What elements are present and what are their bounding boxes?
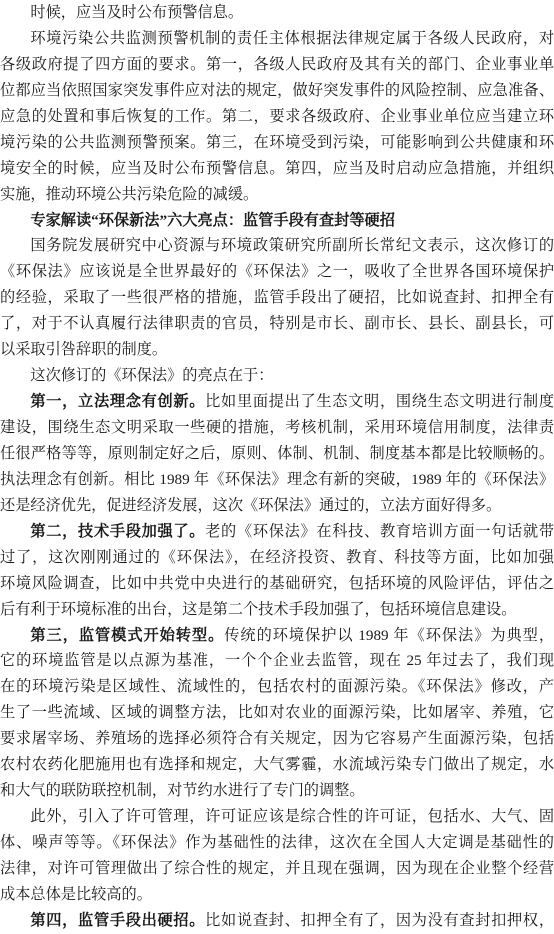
- text-line: 境安全的时候，应当及时公布预警信息。第四，应当及时启动应急措施，并组织: [0, 156, 554, 182]
- text-run: 环境污染公共监测预警机制的责任主体根据法律规定属于各级人民政府，对: [30, 30, 554, 47]
- text-line: 第四，监管手段出硬招。比如说查封、扣押全有了，因为没有查封扣押权，: [0, 908, 554, 934]
- text-line: 应急的处置和事后恢复的工作。第二，要求各级政府、企业事业单位应当建立环: [0, 104, 554, 130]
- text-run: 应急的处置和事后恢复的工作。第二，要求各级政府、企业事业单位应当建立环: [0, 108, 554, 125]
- text-line: 各级政府提了四方面的要求。第一，各级人民政府及其有关的部门、企业事业单: [0, 52, 554, 78]
- text-run: 建设，围绕生态文明采取一些硬的措施，考核机制，采用环境信用制度，法律责: [0, 419, 554, 436]
- text-line: 农村农药化肥施用也有选择和规定，大气雾霾，水流域污染专门做出了规定，水: [0, 752, 554, 778]
- text-line: 过了，这次刚刚通过的《环保法》，在经济投资、教育、科技等方面，比如加强: [0, 545, 554, 571]
- text-line: 生了一些流域、区域的调整方法，比如对农业的面源污染，比如屠宰、养殖，它: [0, 700, 554, 726]
- text-run: 在的环境污染是区域性、流域性的，包括农村的面源污染。《环保法》修改，产: [0, 678, 554, 695]
- text-line: 在的环境污染是区域性、流域性的，包括农村的面源污染。《环保法》修改，产: [0, 674, 554, 700]
- text-run: 农村农药化肥施用也有选择和规定，大气雾霾，水流域污染专门做出了规定，水: [0, 756, 554, 773]
- bold-text-run: 专家解读“环保新法”六大亮点：监管手段有查封等硬招: [30, 212, 395, 229]
- text-run: 后有利于环境标准的出台，这是第二个技术手段加强了，包括环境信息建设。: [0, 601, 516, 618]
- text-line: 还是经济优先，促进经济发展，这次《环保法》通过的，立法方面好得多。: [0, 493, 554, 519]
- bold-text-run: 第三，监管模式开始转型。: [30, 627, 224, 644]
- section-heading: 专家解读“环保新法”六大亮点：监管手段有查封等硬招: [0, 208, 554, 234]
- text-line: 第二，技术手段加强了。老的《环保法》在科技、教育培训方面一句话就带: [0, 519, 554, 545]
- text-run: 实施，推动环境公共污染危险的减缓。: [0, 186, 258, 203]
- text-run: 法律，对许可管理做出了综合性的规定，并且现在强调，因为现在企业整个经营: [0, 860, 554, 877]
- text-run: 老的《环保法》在科技、教育培训方面一句话就带: [205, 523, 554, 540]
- text-line: 《环保法》应该说是全世界最好的《环保法》之一，吸收了全世界各国环境保护: [0, 259, 554, 285]
- text-run: 成本总体是比较高的。: [0, 886, 152, 903]
- bold-text-run: 第四，监管手段出硬招。: [30, 912, 205, 929]
- text-run: 境安全的时候，应当及时公布预警信息。第四，应当及时启动应急措施，并组织: [0, 160, 554, 177]
- text-line: 第一，立法理念有创新。比如里面提出了生态文明，围绕生态文明进行制度: [0, 389, 554, 415]
- text-run: 任很严格等等，原则制定好之后，原则、体制、机制、制度基本都是比较顺畅的。: [0, 445, 554, 462]
- text-line: 成本总体是比较高的。: [0, 882, 554, 908]
- text-run: 此外，引入了许可管理，许可证应该是综合性的许可证，包括水、大气、固: [30, 808, 554, 825]
- text-line: 第三，监管模式开始转型。传统的环境保护以 1989 年《环保法》为典型，: [0, 623, 554, 649]
- bold-text-run: 第一，立法理念有创新。: [30, 393, 205, 410]
- text-line: 时候，应当及时公布预警信息。: [0, 0, 554, 26]
- text-run: 位都应当依照国家突发事件应对法的规定，做好突发事件的风险控制、应急准备、: [0, 82, 554, 99]
- text-run: 这次修订的《环保法》的亮点在于：: [30, 367, 273, 384]
- text-line: 以采取引咎辞职的制度。: [0, 337, 554, 363]
- text-line: 执法理念有创新。相比 1989 年《环保法》理念有新的突破，1989 年的《环保…: [0, 467, 554, 493]
- text-line: 位都应当依照国家突发事件应对法的规定，做好突发事件的风险控制、应急准备、: [0, 78, 554, 104]
- text-run: 它的环境监管是以点源为基准，一个个企业去监管，现在 25 年过去了，我们现: [0, 652, 554, 669]
- text-run: 《环保法》应该说是全世界最好的《环保法》之一，吸收了全世界各国环境保护: [0, 263, 554, 280]
- text-line: 环境污染公共监测预警机制的责任主体根据法律规定属于各级人民政府，对: [0, 26, 554, 52]
- document-page: 时候，应当及时公布预警信息。环境污染公共监测预警机制的责任主体根据法律规定属于各…: [0, 0, 554, 934]
- text-line: 它的环境监管是以点源为基准，一个个企业去监管，现在 25 年过去了，我们现: [0, 648, 554, 674]
- text-line: 的经验，采取了一些很严格的措施，监管手段出了硬招，比如说查封、扣押全有: [0, 285, 554, 311]
- text-run: 传统的环境保护以 1989 年《环保法》为典型，: [224, 627, 554, 644]
- text-line: 后有利于环境标准的出台，这是第二个技术手段加强了，包括环境信息建设。: [0, 597, 554, 623]
- text-run: 体、噪声等等。《环保法》作为基础性的法律，这次在全国人大定调是基础性的: [0, 834, 554, 851]
- text-line: 体、噪声等等。《环保法》作为基础性的法律，这次在全国人大定调是基础性的: [0, 830, 554, 856]
- text-run: 时候，应当及时公布预警信息。: [30, 4, 243, 21]
- text-line: 境污染的公共监测预警预案。第三，在环境受到污染，可能影响到公共健康和环: [0, 130, 554, 156]
- text-line: 和大气的联防联控机制，对节约水进行了专门的调整。: [0, 778, 554, 804]
- text-line: 任很严格等等，原则制定好之后，原则、体制、机制、制度基本都是比较顺畅的。: [0, 441, 554, 467]
- text-line: 建设，围绕生态文明采取一些硬的措施，考核机制，采用环境信用制度，法律责: [0, 415, 554, 441]
- text-run: 生了一些流域、区域的调整方法，比如对农业的面源污染，比如屠宰、养殖，它: [0, 704, 554, 721]
- text-line: 要求屠宰场、养殖场的选择必须符合有关规定，因为它容易产生面源污染，包括: [0, 726, 554, 752]
- text-run: 国务院发展研究中心资源与环境政策研究所副所长常纪文表示，这次修订的: [30, 237, 554, 254]
- text-run: 境污染的公共监测预警预案。第三，在环境受到污染，可能影响到公共健康和环: [0, 134, 554, 151]
- text-run: 比如说查封、扣押全有了，因为没有查封扣押权，: [205, 912, 554, 929]
- text-run: 过了，这次刚刚通过的《环保法》，在经济投资、教育、科技等方面，比如加强: [0, 549, 554, 566]
- text-line: 这次修订的《环保法》的亮点在于：: [0, 363, 554, 389]
- text-line: 实施，推动环境公共污染危险的减缓。: [0, 182, 554, 208]
- bold-text-run: 第二，技术手段加强了。: [30, 523, 205, 540]
- text-line: 环境风险调查，比如中共党中央进行的基础研究，包括环境的风险评估，评估之: [0, 571, 554, 597]
- text-run: 执法理念有创新。相比 1989 年《环保法》理念有新的突破，1989 年的《环保…: [0, 471, 554, 488]
- text-run: 的经验，采取了一些很严格的措施，监管手段出了硬招，比如说查封、扣押全有: [0, 289, 554, 306]
- text-line: 法律，对许可管理做出了综合性的规定，并且现在强调，因为现在企业整个经营: [0, 856, 554, 882]
- text-run: 要求屠宰场、养殖场的选择必须符合有关规定，因为它容易产生面源污染，包括: [0, 730, 554, 747]
- text-line: 此外，引入了许可管理，许可证应该是综合性的许可证，包括水、大气、固: [0, 804, 554, 830]
- text-line: 了，对于不认真履行法律职责的官员，特别是市长、副市长、县长、副县长，可: [0, 311, 554, 337]
- text-run: 环境风险调查，比如中共党中央进行的基础研究，包括环境的风险评估，评估之: [0, 575, 554, 592]
- text-run: 比如里面提出了生态文明，围绕生态文明进行制度: [205, 393, 554, 410]
- text-run: 以采取引咎辞职的制度。: [0, 341, 167, 358]
- text-run: 和大气的联防联控机制，对节约水进行了专门的调整。: [0, 782, 365, 799]
- text-run: 了，对于不认真履行法律职责的官员，特别是市长、副市长、县长、副县长，可: [0, 315, 554, 332]
- text-run: 还是经济优先，促进经济发展，这次《环保法》通过的，立法方面好得多。: [0, 497, 501, 514]
- text-line: 国务院发展研究中心资源与环境政策研究所副所长常纪文表示，这次修订的: [0, 233, 554, 259]
- text-run: 各级政府提了四方面的要求。第一，各级人民政府及其有关的部门、企业事业单: [0, 56, 554, 73]
